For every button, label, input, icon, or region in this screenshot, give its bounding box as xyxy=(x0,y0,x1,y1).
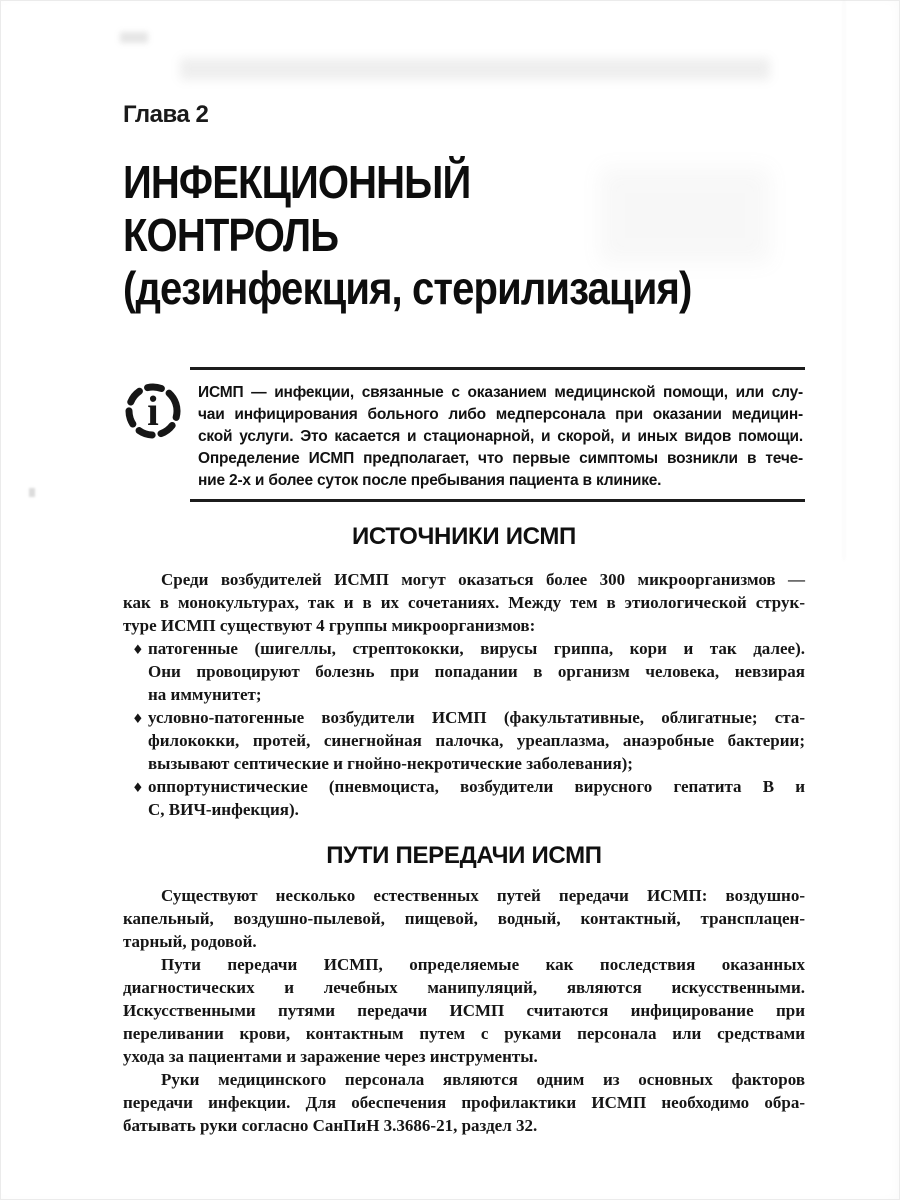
text-line: вызывают септические и гнойно-некротичес… xyxy=(148,752,805,775)
bullet-text: условно-патогенные возбудители ИСМП (фак… xyxy=(148,706,805,775)
text-line: ние 2-х и более суток после пребывания п… xyxy=(198,470,803,492)
info-box-text: ИСМП — инфекции, связанные с оказанием м… xyxy=(198,382,803,492)
sources-bullet-list: ♦ патогенные (шигеллы, стрептококки, вир… xyxy=(123,637,805,821)
svg-text:i: i xyxy=(147,389,159,435)
text-line: условно-патогенные возбудители ИСМП (фак… xyxy=(148,706,805,729)
section-heading-sources: ИСТОЧНИКИ ИСМП xyxy=(123,523,805,551)
text-line: туре ИСМП существуют 4 группы микроорган… xyxy=(123,614,805,637)
bullet-text: оппортунистические (пневмоциста, возбуди… xyxy=(148,775,805,821)
text-line: Определение ИСМП предполагает, что первы… xyxy=(198,448,803,470)
section-heading-transmission: ПУТИ ПЕРЕДАЧИ ИСМП xyxy=(123,842,805,870)
text-line: батывать руки согласно СанПиН 3.3686-21,… xyxy=(123,1114,805,1137)
text-line: диагностических и лечебных манипуляций, … xyxy=(123,976,805,999)
text-line: тарный, родовой. xyxy=(123,930,805,953)
text-line: капельный, воздушно-пылевой, пищевой, во… xyxy=(123,907,805,930)
paragraph: Пути передачи ИСМП, определяемые как пос… xyxy=(123,953,805,1068)
text-line: Существуют несколько естественных путей … xyxy=(123,884,805,907)
scan-artifact xyxy=(843,0,845,560)
paragraph: Руки медицинского персонала являются одн… xyxy=(123,1068,805,1137)
text-line: Они провоцируют болезнь при попадании в … xyxy=(148,660,805,683)
title-line: (дезинфекция, стерилизация) xyxy=(123,262,716,315)
info-icon: i xyxy=(124,382,182,440)
text-line: Пути передачи ИСМП, определяемые как пос… xyxy=(123,953,805,976)
text-line: ской услуги. Это касается и стационарной… xyxy=(198,426,803,448)
page-title: ИНФЕКЦИОННЫЙ КОНТРОЛЬ (дезинфекция, стер… xyxy=(123,156,716,315)
text-line: филококки, протей, синегнойная палочка, … xyxy=(148,729,805,752)
text-line: переливании крови, контактным путем с ру… xyxy=(123,1022,805,1045)
transmission-paragraphs: Существуют несколько естественных путей … xyxy=(123,884,805,1137)
text-line: чаи инфицирования больного либо медперсо… xyxy=(198,404,803,426)
bullet-text: патогенные (шигеллы, стрептококки, вирус… xyxy=(148,637,805,706)
text-line: на иммунитет; xyxy=(148,683,805,706)
text-line: Руки медицинского персонала являются одн… xyxy=(123,1068,805,1091)
chapter-label: Глава 2 xyxy=(123,100,805,130)
bullet-item: ♦ условно-патогенные возбудители ИСМП (ф… xyxy=(123,706,805,775)
bullet-diamond-icon: ♦ xyxy=(132,639,144,662)
title-line: КОНТРОЛЬ xyxy=(123,209,716,262)
info-box: i ИСМП — инфекции, связанные с оказанием… xyxy=(190,367,805,502)
bullet-item: ♦ оппортунистические (пневмоциста, возбу… xyxy=(123,775,805,821)
bullet-item: ♦ патогенные (шигеллы, стрептококки, вир… xyxy=(123,637,805,706)
text-line: Искусственными путями передачи ИСМП счит… xyxy=(123,999,805,1022)
book-page-scan: Глава 2 ИНФЕКЦИОННЫЙ КОНТРОЛЬ (дезинфекц… xyxy=(0,0,900,1200)
text-line: оппортунистические (пневмоциста, возбуди… xyxy=(148,775,805,798)
scan-artifact xyxy=(29,488,35,497)
bullet-diamond-icon: ♦ xyxy=(132,777,144,800)
sources-intro-paragraph: Среди возбудителей ИСМП могут оказаться … xyxy=(123,568,805,637)
text-column: Глава 2 ИНФЕКЦИОННЫЙ КОНТРОЛЬ (дезинфекц… xyxy=(123,0,805,1137)
text-line: ИСМП — инфекции, связанные с оказанием м… xyxy=(198,382,803,404)
bullet-diamond-icon: ♦ xyxy=(132,708,144,731)
text-line: Среди возбудителей ИСМП могут оказаться … xyxy=(123,568,805,591)
text-line: передачи инфекции. Для обеспечения профи… xyxy=(123,1091,805,1114)
title-line: ИНФЕКЦИОННЫЙ xyxy=(123,156,716,209)
text-line: C, ВИЧ-инфекция). xyxy=(148,798,805,821)
text-line: как в монокультурах, так и в их сочетани… xyxy=(123,591,805,614)
paragraph: Существуют несколько естественных путей … xyxy=(123,884,805,953)
text-line: патогенные (шигеллы, стрептококки, вирус… xyxy=(148,637,805,660)
text-line: ухода за пациентами и заражение через ин… xyxy=(123,1045,805,1068)
